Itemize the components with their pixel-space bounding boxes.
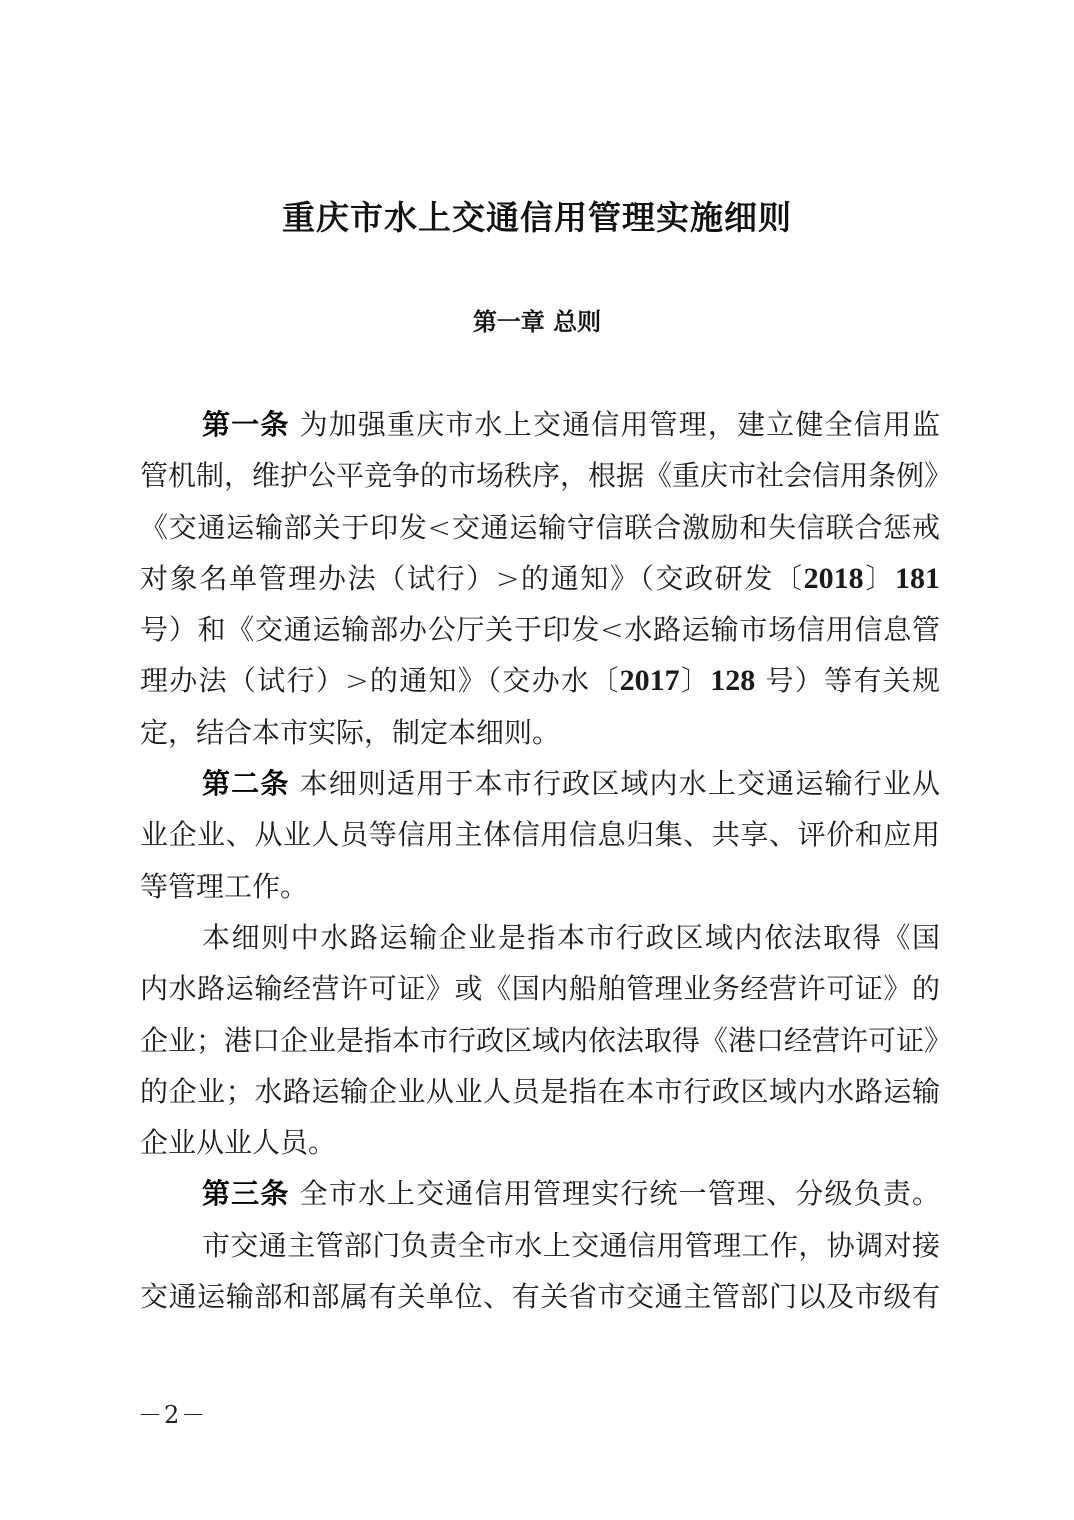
article-1-line-4: 对象名单管理办法（试行）>的通知》（交政研发〔2018〕181 — [140, 553, 940, 604]
article-1-line-6-text: 理办法（试行）>的通知》（交办水〔 — [140, 664, 620, 697]
article-2-line-1: 第二条 本细则适用于本市行政区域内水上交通运输行业从 — [140, 758, 940, 809]
city-dept-line-1: 市交通主管部门负责全市水上交通信用管理工作，协调对接 — [140, 1220, 940, 1271]
document-number: 128 — [710, 664, 755, 697]
definitions-line-4: 的企业；水路运输企业从业人员是指在本市行政区域内水路运输 — [140, 1066, 940, 1117]
article-1-line-4-text: 对象名单管理办法（试行）>的通知》（交政研发〔 — [140, 562, 804, 595]
document-title: 重庆市水上交通信用管理实施细则 — [0, 193, 1074, 243]
article-1-line-7: 定，结合本市实际，制定本细则。 — [140, 707, 940, 758]
article-2-line-2: 业企业、从业人员等信用主体信用信息归集、共享、评价和应用 — [140, 809, 940, 860]
chapter-heading: 第一章 总则 — [0, 302, 1074, 342]
document-page: 重庆市水上交通信用管理实施细则 第一章 总则 第一条 为加强重庆市水上交通信用管… — [0, 0, 1074, 1520]
article-1-text: 为加强重庆市水上交通信用管理，建立健全信用监 — [290, 408, 941, 441]
definitions-line-5: 企业从业人员。 — [140, 1117, 940, 1168]
article-1-line-1: 第一条 为加强重庆市水上交通信用管理，建立健全信用监 — [140, 399, 940, 450]
definitions-line-3: 企业；港口企业是指本市行政区域内依法取得《港口经营许可证》 — [140, 1015, 940, 1066]
bracket: 〕 — [680, 664, 711, 697]
article-1-line-2: 管机制，维护公平竞争的市场秩序，根据《重庆市社会信用条例》 — [140, 450, 940, 501]
article-2-line-3: 等管理工作。 — [140, 861, 940, 912]
article-1-line-3: 《交通运输部关于印发<交通运输守信联合激励和失信联合惩戒 — [140, 502, 940, 553]
article-1-label: 第一条 — [202, 408, 290, 441]
document-number: 181 — [895, 562, 940, 595]
document-body: 第一条 为加强重庆市水上交通信用管理，建立健全信用监 管机制，维护公平竞争的市场… — [140, 399, 940, 1322]
page-number: －2－ — [138, 1400, 207, 1430]
definitions-line-1: 本细则中水路运输企业是指本市行政区域内依法取得《国 — [140, 912, 940, 963]
article-2-label: 第二条 — [202, 767, 290, 800]
definitions-line-2: 内水路运输经营许可证》或《国内船舶管理业务经营许可证》的 — [140, 963, 940, 1014]
document-year: 2018 — [804, 562, 864, 595]
city-dept-line-2: 交通运输部和部属有关单位、有关省市交通主管部门以及市级有 — [140, 1271, 940, 1322]
document-year: 2017 — [620, 664, 680, 697]
article-1-line-6: 理办法（试行）>的通知》（交办水〔2017〕128 号）等有关规 — [140, 655, 940, 706]
article-1-line-5: 号）和《交通运输部办公厅关于印发<水路运输市场信用信息管 — [140, 604, 940, 655]
article-3-label: 第三条 — [202, 1177, 290, 1210]
article-2-text: 本细则适用于本市行政区域内水上交通运输行业从 — [290, 767, 941, 800]
article-3-text: 全市水上交通信用管理实行统一管理、分级负责。 — [290, 1177, 941, 1210]
bracket: 〕 — [864, 562, 895, 595]
article-1-line-6-tail: 号）等有关规 — [755, 664, 940, 697]
article-3-line-1: 第三条 全市水上交通信用管理实行统一管理、分级负责。 — [140, 1168, 940, 1219]
